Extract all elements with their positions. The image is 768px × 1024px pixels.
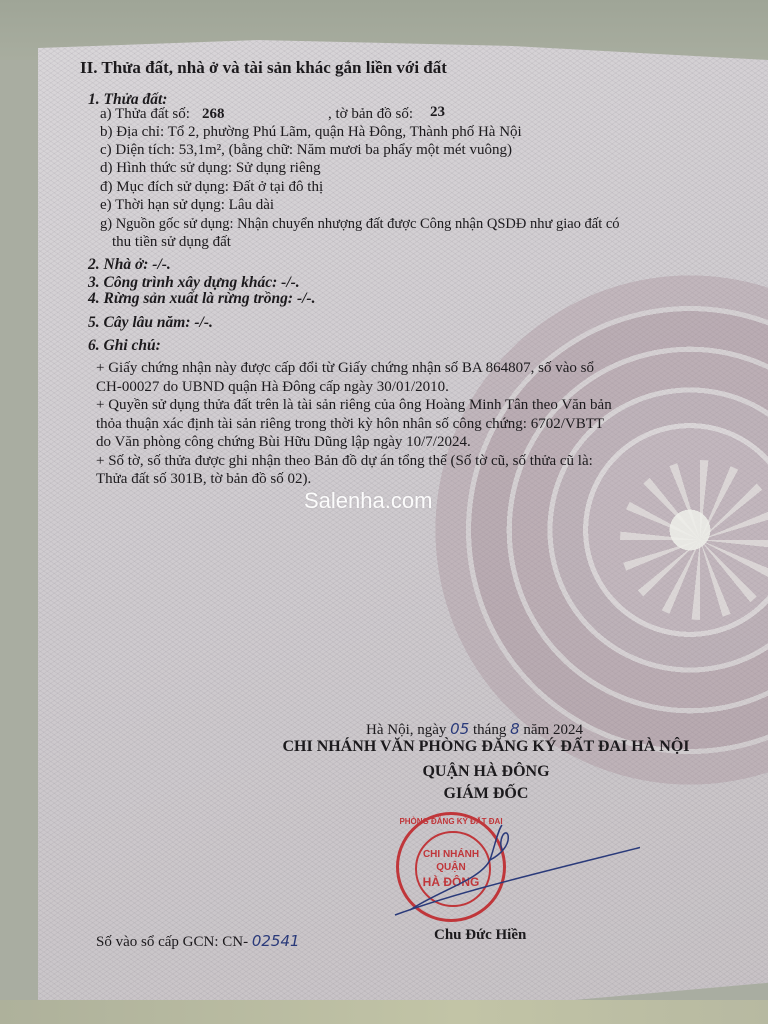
issuer-line-1: CHI NHÁNH VĂN PHÒNG ĐĂNG KÝ ĐẤT ĐAI HÀ N… [276,738,696,756]
issuer-line-2: QUẬN HÀ ĐÔNG [276,763,696,781]
perennial-section: 5. Cây lâu năm: -/-. [88,314,213,332]
note-line: Thửa đất số 301B, tờ bản đồ số 02). [96,471,311,488]
date-month-label: tháng [473,722,506,738]
issue-date: Hà Nội, ngày 05 tháng 8 năm 2024 [366,720,583,739]
date-month: 8 [510,720,520,738]
section-title: II. Thửa đất, nhà ở và tài sản khác gắn … [80,58,447,78]
usage-term: e) Thời hạn sử dụng: Lâu dài [100,197,274,214]
note-line: CH-00027 do UBND quận Hà Đông cấp ngày 3… [96,379,449,396]
note-line: + Số tờ, số thửa được ghi nhận theo Bản … [96,453,593,470]
map-sheet-number: 23 [430,104,445,121]
land-parcel-number: 268 [202,106,225,123]
land-address: b) Địa chỉ: Tổ 2, phường Phú Lãm, quận H… [100,124,522,141]
site-watermark: Salenha.com [304,488,432,514]
house-section: 2. Nhà ở: -/-. [88,256,171,274]
date-prefix: Hà Nội, ngày [366,722,446,738]
background-surface-bottom [0,1000,768,1024]
note-line: thỏa thuận xác định tài sản riêng trong … [96,416,604,433]
note-line: do Văn phòng công chứng Bùi Hữu Dũng lập… [96,434,471,451]
usage-form: d) Hình thức sử dụng: Sử dụng riêng [100,160,321,177]
date-year: năm 2024 [523,722,583,738]
date-day: 05 [450,720,469,738]
gcn-registry: Số vào sổ cấp GCN: CN- 02541 [96,932,300,951]
usage-origin-cont: thu tiền sử dụng đất [112,234,231,251]
map-sheet-label: , tờ bản đồ số: [328,106,413,123]
gcn-label: Số vào sổ cấp GCN: CN- [96,934,248,950]
gcn-number: 02541 [252,932,300,950]
director-signature [390,820,640,920]
notes-heading: 6. Ghi chú: [88,337,161,355]
issuer-title: GIÁM ĐỐC [276,785,696,803]
land-area: c) Diện tích: 53,1m², (bằng chữ: Năm mươ… [100,142,512,159]
note-line: + Quyền sử dụng thửa đất trên là tài sản… [96,397,612,414]
forest-section: 4. Rừng sản xuất là rừng trồng: -/-. [88,290,315,308]
usage-purpose: đ) Mục đích sử dụng: Đất ở tại đô thị [100,179,323,196]
land-parcel-label: a) Thửa đất số: [100,106,190,123]
usage-origin: g) Nguồn gốc sử dụng: Nhận chuyển nhượng… [100,216,620,233]
note-line: + Giấy chứng nhận này được cấp đổi từ Gi… [96,360,594,377]
signer-name: Chu Đức Hiền [434,927,526,944]
